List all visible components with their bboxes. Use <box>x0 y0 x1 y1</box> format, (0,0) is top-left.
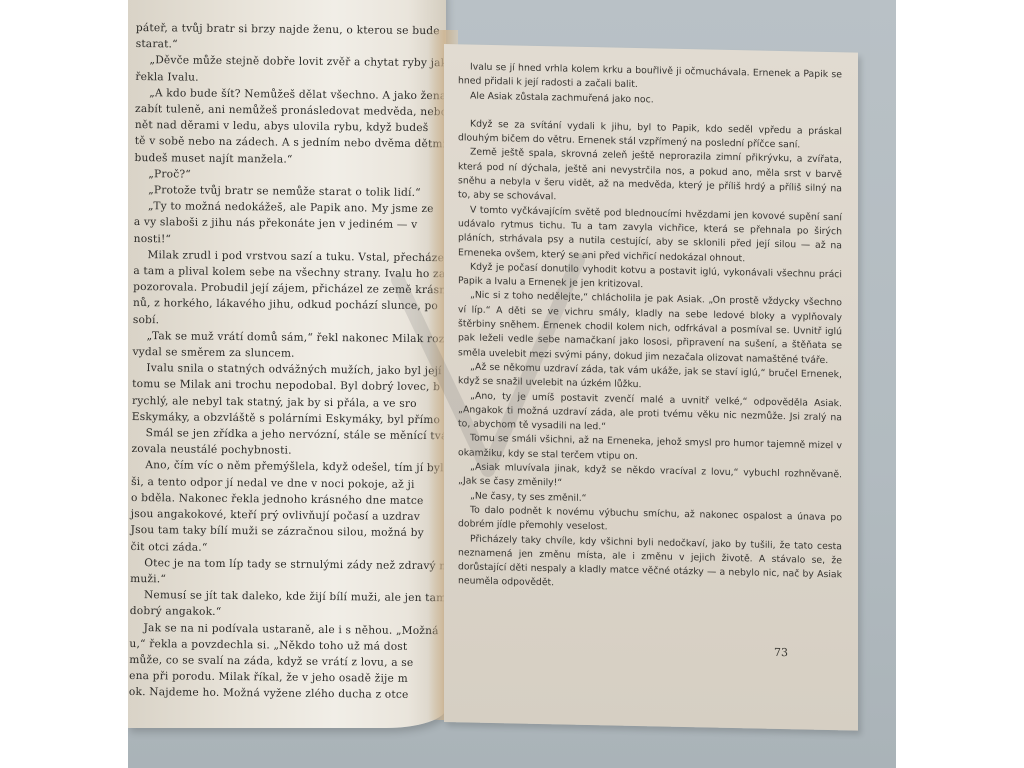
page-number: 73 <box>774 646 788 659</box>
left-page: páteř, a tvůj bratr si brzy najde ženu, … <box>128 0 446 728</box>
text-line: ok. Najdeme ho. Možná vyžene zlého ducha… <box>129 684 449 704</box>
text-line: nů, z horkého, lákavého jihu, odkud poch… <box>133 295 453 315</box>
paragraph: Země ještě spala, skrovná zeleň ještě ne… <box>458 146 842 211</box>
right-page-text: Ivalu se jí hned vrhla kolem krku a bouř… <box>458 60 842 597</box>
paragraph: „Nic si z toho nedělejte,“ chlácholila j… <box>458 289 842 369</box>
paragraph: Přicházely taky chvíle, kdy všichni byli… <box>458 532 842 597</box>
text-line: Otec je na tom líp tady se strnulými zád… <box>130 555 450 575</box>
text-line: a vy slaboši z jihu nás překonáte jen v … <box>134 214 454 234</box>
book-photo: páteř, a tvůj bratr si brzy najde ženu, … <box>128 0 896 768</box>
paragraph: V tomto vyčkávajícím světě pod blednoucí… <box>458 203 842 268</box>
right-page: Ivalu se jí hned vrhla kolem krku a bouř… <box>444 44 858 731</box>
left-page-text: páteř, a tvůj bratr si brzy najde ženu, … <box>129 20 456 704</box>
